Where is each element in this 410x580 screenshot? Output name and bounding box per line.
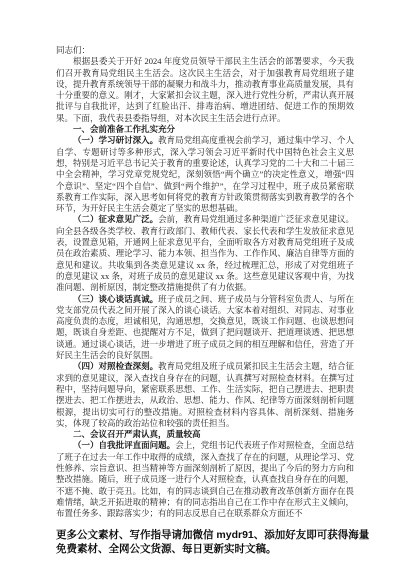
paragraph: （二）征求意见广泛。会前，教育局党组通过多种渠道广泛征求意见建议。向全县各级各类… [56, 214, 354, 293]
document-page: 同志们： 根据县委关于开好 2024 年度党员领导干部民主生活会的部署要求，今天… [0, 0, 410, 580]
promo-line-2: 免费素材、全网公文货源、每日更新实时文稿。 [56, 543, 354, 557]
paragraph-text: 会前，教育局党组通过多种渠道广泛征求意见建议。向全县各级各类学校、教育行政部门、… [56, 214, 354, 292]
paragraph-text: 二、会议召开严肃认真，质量较高 [73, 429, 201, 439]
paragraph-text: 会上，党组书记代表班子作对照检查，全面总结了班子在过去一年工作中取得的成绩，深入… [56, 440, 354, 518]
paragraph-text: 一、会前准备工作扎实充分 [73, 124, 175, 134]
salutation: 同志们： [56, 45, 354, 56]
paragraph: （三）谈心谈话真诚。班子成员之间、班子成员与分管科室负责人、与所在党支部党员代表… [56, 294, 354, 362]
promo-footer: 更多公文素材、写作指导请加微信 mydr91、添加好友即可获得海量 免费素材、全… [56, 529, 354, 556]
paragraph-lead: （一）学习研讨深入。 [73, 135, 158, 145]
paragraph-text: 教育局党组高度重视会前学习，通过集中学习、个人自学、专题研讨等多种形式，深入学习… [56, 135, 354, 213]
paragraph: 根据县委关于开好 2024 年度党员领导干部民主生活会的部署要求，今天我们召开教… [56, 56, 354, 124]
paragraph: （四）对照检查深刻。教育局党组及班子成员紧扣民主生活会主题，结合征求到的意见建议… [56, 361, 354, 429]
paragraph-lead: （一）自我批评直面问题。 [73, 440, 175, 450]
paragraph-text: 根据县委关于开好 2024 年度党员领导干部民主生活会的部署要求，今天我们召开教… [56, 56, 354, 122]
paragraph: （一）自我批评直面问题。会上，党组书记代表班子作对照检查，全面总结了班子在过去一… [56, 440, 354, 519]
section-heading: 一、会前准备工作扎实充分 [56, 124, 354, 135]
promo-line-1: 更多公文素材、写作指导请加微信 mydr91、添加好友即可获得海量 [56, 529, 354, 543]
paragraph-lead: （四）对照检查深刻。 [73, 361, 158, 371]
paragraph-lead: （二）征求意见广泛。 [73, 214, 158, 224]
paragraph: （一）学习研讨深入。教育局党组高度重视会前学习，通过集中学习、个人自学、专题研讨… [56, 135, 354, 214]
paragraph-lead: （三）谈心谈话真诚。 [73, 294, 158, 304]
section-heading: 二、会议召开严肃认真，质量较高 [56, 429, 354, 440]
document-body: 根据县委关于开好 2024 年度党员领导干部民主生活会的部署要求，今天我们召开教… [56, 56, 354, 519]
